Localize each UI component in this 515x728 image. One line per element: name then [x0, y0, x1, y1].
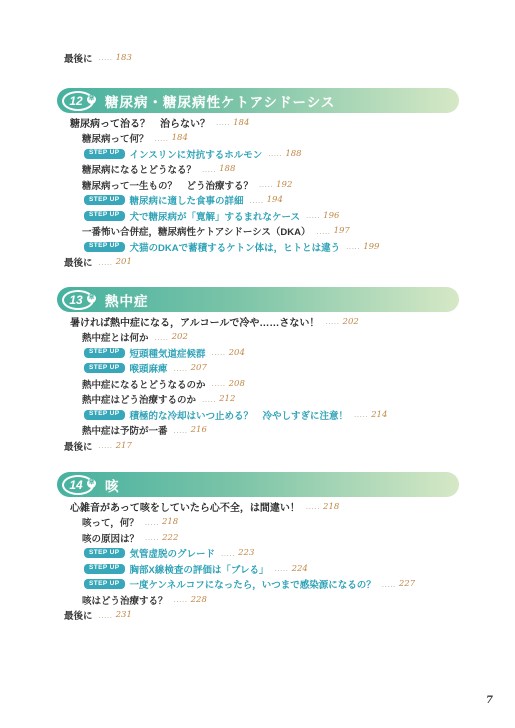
leader-dots: ..... [145, 533, 159, 542]
chapter-number: 14 [69, 479, 82, 491]
leader-dots: ..... [212, 348, 226, 357]
leader-dots: ..... [212, 379, 226, 388]
toc-item-page: 222 [162, 533, 178, 543]
toc-item-label: 熱中症になるとどうなるのか [82, 377, 206, 391]
toc-item-label: 最後に [64, 255, 93, 269]
toc-item-page: 194 [267, 195, 283, 205]
toc-item: 熱中症になるとどうなるのか.....208 [0, 376, 515, 392]
toc-item: 最後に.....231 [0, 608, 515, 624]
leader-dots: ..... [354, 410, 368, 419]
toc-item-label: 熱中症とは何か [82, 330, 149, 344]
chapter-items: 糖尿病って治る？ 治らない？.....184糖尿病って何？.....184STE… [0, 115, 515, 270]
toc-item-page: 224 [292, 564, 308, 574]
leader-dots: ..... [221, 549, 235, 558]
toc-item-label: 糖尿病に適した食事の詳細 [130, 193, 244, 207]
toc-item: STEP UP積極的な冷却はいつ止める？ 冷やしすぎに注意！.....214 [0, 407, 515, 423]
toc-item: 糖尿病って一生もの？ どう治療する？.....192 [0, 177, 515, 193]
leader-dots: ..... [99, 441, 113, 450]
toc-item-page: 228 [191, 595, 207, 605]
toc-item-page: 212 [219, 394, 235, 404]
toc-item-page: 184 [233, 118, 249, 128]
toc-item: STEP UPインスリンに対抗するホルモン.....188 [0, 146, 515, 162]
stepup-badge: STEP UP [84, 211, 125, 221]
toc-item-page: 196 [323, 211, 339, 221]
chapter-header-band: 14章咳 [57, 472, 459, 497]
toc-item-label: 熱中症はどう治療するのか [82, 392, 196, 406]
stepup-badge: STEP UP [84, 564, 125, 574]
toc-item-page: 202 [172, 332, 188, 342]
leader-dots: ..... [99, 53, 113, 62]
toc-item-page: 184 [172, 133, 188, 143]
leader-dots: ..... [268, 149, 282, 158]
stepup-badge: STEP UP [84, 363, 125, 373]
toc-item-label: 短頭種気道症候群 [130, 346, 206, 360]
toc-item-page: 231 [116, 610, 132, 620]
chapter-section: 14章咳心雑音があって咳をしていたら心不全，は間違い！.....218咳って，何… [0, 472, 515, 623]
toc-item-page: 204 [229, 348, 245, 358]
toc-item-label: 暑ければ熱中症になる，アルコールで冷や……さない！ [70, 314, 319, 329]
toc-item: 暑ければ熱中症になる，アルコールで冷や……さない！.....202 [0, 314, 515, 330]
toc-item-label: 喉頭麻痺 [130, 361, 168, 375]
chapter-number: 12 [69, 95, 82, 107]
toc-item-page: 218 [323, 502, 339, 512]
toc-item-label: 最後に [64, 439, 93, 453]
leader-dots: ..... [174, 595, 188, 604]
page-number: 7 [486, 695, 493, 706]
chapter-marker: 章 [87, 95, 96, 104]
toc-item-label: 最後に [64, 51, 93, 65]
toc-item: STEP UP犬で糖尿病が「寛解」するまれなケース.....196 [0, 208, 515, 224]
toc-item: 咳の原因は？.....222 [0, 530, 515, 546]
toc-item: 咳って，何？.....218 [0, 515, 515, 531]
toc-item-label: 犬で糖尿病が「寛解」するまれなケース [130, 209, 301, 223]
leader-dots: ..... [174, 426, 188, 435]
toc-item-page: 183 [116, 53, 132, 63]
stepup-badge: STEP UP [84, 410, 125, 420]
leader-dots: ..... [274, 564, 288, 573]
toc-item-page: 202 [343, 317, 359, 327]
toc-item: 熱中症は予防が一番.....216 [0, 423, 515, 439]
toc-item: 心雑音があって咳をしていたら心不全，は間違い！.....218 [0, 499, 515, 515]
toc-item-label: 糖尿病って何？ [82, 131, 149, 145]
toc-item-page: 192 [276, 180, 292, 190]
leader-dots: ..... [346, 242, 360, 251]
leader-dots: ..... [259, 180, 273, 189]
stepup-badge: STEP UP [84, 242, 125, 252]
toc-item-page: 207 [191, 363, 207, 373]
leader-dots: ..... [145, 518, 159, 527]
toc-item: STEP UP喉頭麻痺.....207 [0, 361, 515, 377]
toc-item: 熱中症とは何か.....202 [0, 330, 515, 346]
chapter-header-band: 12章糖尿病・糖尿病性ケトアシドーシス [57, 88, 459, 113]
book-toc-page: 最後に ..... 183 12章糖尿病・糖尿病性ケトアシドーシス糖尿病って治る… [0, 0, 515, 728]
toc-item: 最後に ..... 183 [0, 50, 132, 66]
toc-item-page: 199 [363, 242, 379, 252]
toc-item: 糖尿病って治る？ 治らない？.....184 [0, 115, 515, 131]
toc-item-label: 糖尿病になるとどうなる？ [82, 162, 196, 176]
toc-item: 糖尿病って何？.....184 [0, 131, 515, 147]
leader-dots: ..... [316, 227, 330, 236]
stepup-badge: STEP UP [84, 348, 125, 358]
toc-item: STEP UP犬猫のDKAで蓄積するケトン体は，ヒトとは違う.....199 [0, 239, 515, 255]
toc-item: 熱中症はどう治療するのか.....212 [0, 392, 515, 408]
leader-dots: ..... [155, 134, 169, 143]
leader-dots: ..... [202, 165, 216, 174]
toc-item-page: 208 [229, 379, 245, 389]
leader-dots: ..... [99, 611, 113, 620]
toc-item-label: 犬猫のDKAで蓄積するケトン体は，ヒトとは違う [130, 240, 341, 254]
toc-item-page: 214 [371, 410, 387, 420]
toc-item: 最後に.....217 [0, 438, 515, 454]
leader-dots: ..... [306, 211, 320, 220]
toc-item-label: 熱中症は予防が一番 [82, 423, 168, 437]
toc-item: STEP UP短頭種気道症候群.....204 [0, 345, 515, 361]
chapter-items: 暑ければ熱中症になる，アルコールで冷や……さない！.....202熱中症とは何か… [0, 314, 515, 454]
toc-item-label: 咳って，何？ [82, 515, 139, 529]
toc-item: STEP UP胸部X線検査の評価は「ブレる」.....224 [0, 561, 515, 577]
toc-item-page: 223 [238, 548, 254, 558]
chapter-number-badge: 14章 [62, 475, 94, 495]
toc-item-label: 咳はどう治療する？ [82, 593, 168, 607]
leader-dots: ..... [250, 196, 264, 205]
chapter-number: 13 [69, 294, 82, 306]
toc-item: 最後に.....201 [0, 255, 515, 271]
stepup-badge: STEP UP [84, 149, 125, 159]
toc-item-label: 積極的な冷却はいつ止める？ 冷やしすぎに注意！ [130, 408, 349, 422]
toc-item: 咳はどう治療する？.....228 [0, 592, 515, 608]
toc-item-page: 227 [399, 579, 415, 589]
toc-item: 一番怖い合併症，糖尿病性ケトアシドーシス（DKA）.....197 [0, 224, 515, 240]
toc-item-page: 217 [116, 441, 132, 451]
toc-item-label: 糖尿病って一生もの？ どう治療する？ [82, 178, 253, 192]
toc-item-label: 糖尿病って治る？ 治らない？ [70, 115, 210, 130]
chapter-section: 12章糖尿病・糖尿病性ケトアシドーシス糖尿病って治る？ 治らない？.....18… [0, 88, 515, 270]
toc-item: STEP UP気管虚脱のグレード.....223 [0, 546, 515, 562]
chapter-marker: 章 [87, 294, 96, 303]
toc-item-label: 胸部X線検査の評価は「ブレる」 [130, 562, 269, 576]
leader-dots: ..... [99, 258, 113, 267]
leader-dots: ..... [155, 333, 169, 342]
leader-dots: ..... [216, 118, 230, 127]
toc-item: STEP UP糖尿病に適した食事の詳細.....194 [0, 193, 515, 209]
toc-item-label: 気管虚脱のグレード [130, 546, 216, 560]
stepup-badge: STEP UP [84, 195, 125, 205]
chapter-number-badge: 12章 [62, 91, 94, 111]
leader-dots: ..... [382, 580, 396, 589]
leader-dots: ..... [306, 502, 320, 511]
toc-item: 糖尿病になるとどうなる？.....188 [0, 162, 515, 178]
chapter-marker: 章 [87, 479, 96, 488]
toc-item-page: 201 [116, 257, 132, 267]
toc-item-label: 心雑音があって咳をしていたら心不全，は間違い！ [70, 499, 300, 514]
toc-item-label: 一番怖い合併症，糖尿病性ケトアシドーシス（DKA） [82, 224, 310, 238]
leader-dots: ..... [202, 395, 216, 404]
toc-item-page: 218 [162, 517, 178, 527]
toc-item-label: 咳の原因は？ [82, 531, 139, 545]
chapter-number-badge: 13章 [62, 290, 94, 310]
toc-item-page: 216 [191, 425, 207, 435]
stepup-badge: STEP UP [84, 548, 125, 558]
toc-item-page: 188 [285, 149, 301, 159]
leader-dots: ..... [174, 364, 188, 373]
toc-item-page: 197 [334, 226, 350, 236]
chapter-header-band: 13章熱中症 [57, 287, 459, 312]
toc-item-label: 最後に [64, 608, 93, 622]
leader-dots: ..... [325, 317, 339, 326]
toc-item-label: インスリンに対抗するホルモン [130, 147, 263, 161]
stepup-badge: STEP UP [84, 579, 125, 589]
toc-item-page: 188 [219, 164, 235, 174]
chapter-section: 13章熱中症暑ければ熱中症になる，アルコールで冷や……さない！.....202熱… [0, 287, 515, 454]
chapter-items: 心雑音があって咳をしていたら心不全，は間違い！.....218咳って，何？...… [0, 499, 515, 623]
toc-item-label: 一度ケンネルコフになったら，いつまで感染源になるの？ [130, 577, 376, 591]
chapter-title: 糖尿病・糖尿病性ケトアシドーシス [57, 91, 335, 111]
toc-item: STEP UP一度ケンネルコフになったら，いつまで感染源になるの？.....22… [0, 577, 515, 593]
